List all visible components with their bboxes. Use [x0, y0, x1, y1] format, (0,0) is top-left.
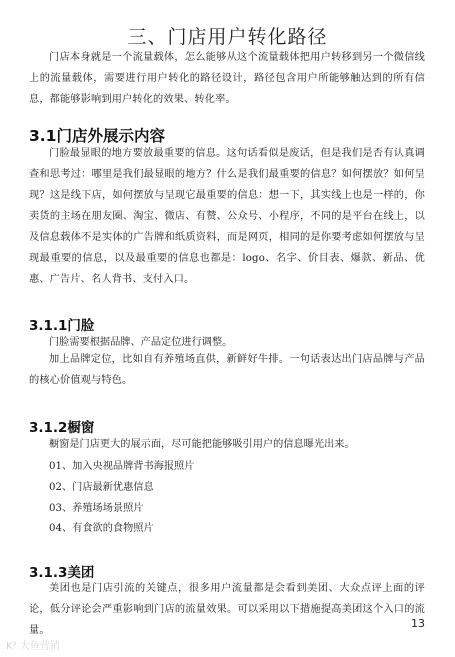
showcase-list-item: 02、门店最新优惠信息 [49, 478, 154, 493]
section-heading-3-1-1: 3.1.1门脸 [29, 314, 94, 334]
showcase-list-item: 03、养殖场场景照片 [49, 499, 143, 514]
showcase-list-item: 04、有食欲的食物照片 [49, 519, 154, 534]
section-3-1-1-line: 门脸需要根据品牌、产品定位进行调整。 [49, 333, 232, 348]
document-page: 三、门店用户转化路径 门店本身就是一个流量载体，怎么能够从这个流量载体把用户转移… [0, 0, 455, 657]
section-3-1-1-body: 加上品牌定位，比如自有养殖场直供，新鲜好牛排。一句话表达出门店品牌与产品的核心价… [29, 349, 425, 391]
showcase-list-item: 01、加入央视品牌背书海报照片 [49, 457, 194, 472]
page-number: 13 [411, 617, 425, 630]
section-3-1-3-body: 美团也是门店引流的关键点，很多用户流量都是会看到美团、大众点评上面的评论，低分评… [29, 578, 425, 641]
intro-paragraph: 门店本身就是一个流量载体，怎么能够从这个流量载体把用户转移到另一个微信线上的流量… [29, 47, 425, 110]
section-3-1-body: 门脸最显眼的地方要放最重要的信息。这句话看似是废话，但是我们是否有认真调查和思考… [29, 143, 425, 290]
page-title: 三、门店用户转化路径 [0, 22, 455, 49]
section-heading-3-1-2: 3.1.2橱窗 [29, 416, 94, 436]
section-3-1-2-line: 橱窗是门店更大的展示面，尽可能把能够吸引用户的信息曝光出来。 [49, 435, 355, 450]
watermark: K³ 大鱼营销 [6, 637, 60, 652]
